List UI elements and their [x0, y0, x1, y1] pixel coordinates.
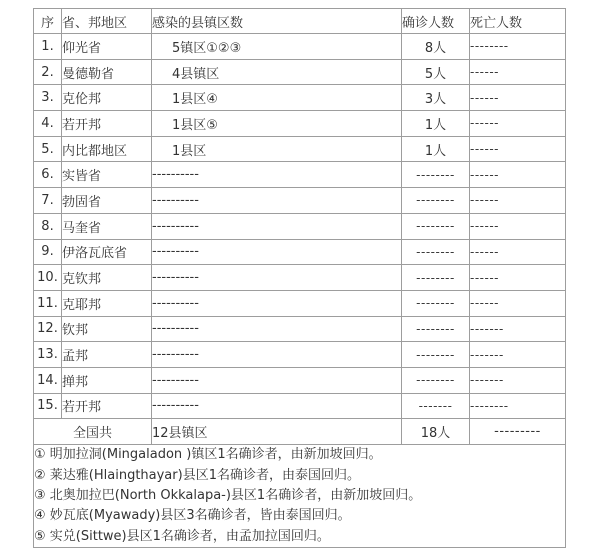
header-infected: 感染的县镇区数: [152, 9, 402, 34]
cell-serial: 5.: [34, 136, 62, 162]
cell-confirmed: --------: [402, 239, 470, 265]
header-deaths: 死亡人数: [470, 9, 566, 34]
cell-serial: 4.: [34, 111, 62, 137]
cell-confirmed: --------: [402, 342, 470, 368]
cell-infected: ----------: [152, 162, 402, 188]
cell-deaths: ------: [470, 239, 566, 265]
cell-infected: ----------: [152, 265, 402, 291]
cell-deaths: --------: [470, 34, 566, 60]
cell-region: 马奎省: [62, 213, 152, 239]
cell-confirmed: --------: [402, 290, 470, 316]
cell-serial: 3.: [34, 85, 62, 111]
cell-infected: 4县镇区: [152, 59, 402, 85]
cell-infected: ----------: [152, 342, 402, 368]
cell-infected: ----------: [152, 393, 402, 419]
cell-confirmed: --------: [402, 265, 470, 291]
table-row: 8. 马奎省 ---------- -------- ------: [34, 213, 566, 239]
cell-infected: ----------: [152, 290, 402, 316]
footnotes-row: ① 明加拉洞(Mingaladon )镇区1名确诊者，由新加坡回归。 ② 莱达雅…: [34, 445, 566, 548]
footnote-5: ⑤ 实兑(Sittwe)县区1名确诊者，由孟加拉国回归。: [34, 527, 565, 547]
cell-region: 掸邦: [62, 367, 152, 393]
cell-deaths: ------: [470, 111, 566, 137]
header-confirmed: 确诊人数: [402, 9, 470, 34]
cell-confirmed: --------: [402, 162, 470, 188]
cell-serial: 14.: [34, 367, 62, 393]
covid-region-table: 序 省、邦地区 感染的县镇区数 确诊人数 死亡人数 1. 仰光省 5镇区①②③ …: [33, 8, 566, 548]
cell-region: 勃固省: [62, 188, 152, 214]
table-row: 14. 掸邦 ---------- -------- -------: [34, 367, 566, 393]
table-row: 9. 伊洛瓦底省 ---------- -------- ------: [34, 239, 566, 265]
cell-confirmed: --------: [402, 316, 470, 342]
cell-region: 实皆省: [62, 162, 152, 188]
cell-serial: 2.: [34, 59, 62, 85]
cell-region: 克伦邦: [62, 85, 152, 111]
table-row: 3. 克伦邦 1县区④ 3人 ------: [34, 85, 566, 111]
cell-infected: 5镇区①②③: [152, 34, 402, 60]
cell-serial: 13.: [34, 342, 62, 368]
cell-infected: ----------: [152, 239, 402, 265]
cell-confirmed: --------: [402, 367, 470, 393]
cell-confirmed: -------: [402, 393, 470, 419]
footnote-4: ④ 妙瓦底(Myawady)县区3名确诊者，皆由泰国回归。: [34, 506, 565, 526]
cell-infected: ----------: [152, 188, 402, 214]
cell-region: 内比都地区: [62, 136, 152, 162]
table-row: 11. 克耶邦 ---------- -------- ------: [34, 290, 566, 316]
cell-confirmed: --------: [402, 213, 470, 239]
cell-deaths: ------: [470, 59, 566, 85]
header-region: 省、邦地区: [62, 9, 152, 34]
cell-serial: 11.: [34, 290, 62, 316]
footnote-1: ① 明加拉洞(Mingaladon )镇区1名确诊者，由新加坡回归。: [34, 445, 565, 465]
cell-infected: 1县区④: [152, 85, 402, 111]
cell-deaths: -------: [470, 342, 566, 368]
cell-region: 曼德勒省: [62, 59, 152, 85]
total-label: 全国共: [34, 419, 152, 445]
cell-deaths: --------: [470, 393, 566, 419]
table-row: 1. 仰光省 5镇区①②③ 8人 --------: [34, 34, 566, 60]
cell-deaths: ------: [470, 188, 566, 214]
table-row: 4. 若开邦 1县区⑤ 1人 ------: [34, 111, 566, 137]
cell-region: 若开邦: [62, 111, 152, 137]
table-row: 6. 实皆省 ---------- -------- ------: [34, 162, 566, 188]
cell-serial: 9.: [34, 239, 62, 265]
cell-serial: 8.: [34, 213, 62, 239]
cell-confirmed: 5人: [402, 59, 470, 85]
cell-region: 伊洛瓦底省: [62, 239, 152, 265]
cell-infected: 1县区⑤: [152, 111, 402, 137]
table-row: 12. 钦邦 ---------- -------- -------: [34, 316, 566, 342]
total-row: 全国共 12县镇区 18人 ---------: [34, 419, 566, 445]
footnote-2: ② 莱达雅(Hlaingthayar)县区1名确诊者，由泰国回归。: [34, 466, 565, 486]
cell-deaths: ------: [470, 213, 566, 239]
cell-serial: 10.: [34, 265, 62, 291]
cell-serial: 12.: [34, 316, 62, 342]
table-row: 7. 勃固省 ---------- -------- ------: [34, 188, 566, 214]
table-row: 2. 曼德勒省 4县镇区 5人 ------: [34, 59, 566, 85]
cell-infected: ----------: [152, 316, 402, 342]
cell-infected: ----------: [152, 367, 402, 393]
cell-infected: ----------: [152, 213, 402, 239]
cell-serial: 7.: [34, 188, 62, 214]
cell-confirmed: 3人: [402, 85, 470, 111]
cell-deaths: ------: [470, 290, 566, 316]
cell-deaths: ------: [470, 162, 566, 188]
cell-region: 若开邦: [62, 393, 152, 419]
cell-deaths: ------: [470, 136, 566, 162]
footnote-3: ③ 北奥加拉巴(North Okkalapa-)县区1名确诊者，由新加坡回归。: [34, 486, 565, 506]
cell-deaths: -------: [470, 367, 566, 393]
total-deaths: ---------: [470, 419, 566, 445]
report-page: 序 省、邦地区 感染的县镇区数 确诊人数 死亡人数 1. 仰光省 5镇区①②③ …: [0, 0, 600, 556]
cell-deaths: ------: [470, 85, 566, 111]
cell-region: 钦邦: [62, 316, 152, 342]
cell-confirmed: 8人: [402, 34, 470, 60]
cell-serial: 6.: [34, 162, 62, 188]
header-serial: 序: [34, 9, 62, 34]
cell-serial: 15.: [34, 393, 62, 419]
cell-region: 仰光省: [62, 34, 152, 60]
cell-confirmed: 1人: [402, 136, 470, 162]
table-row: 10. 克钦邦 ---------- -------- ------: [34, 265, 566, 291]
cell-region: 孟邦: [62, 342, 152, 368]
cell-deaths: ------: [470, 265, 566, 291]
cell-region: 克钦邦: [62, 265, 152, 291]
footnotes-cell: ① 明加拉洞(Mingaladon )镇区1名确诊者，由新加坡回归。 ② 莱达雅…: [34, 445, 566, 548]
cell-region: 克耶邦: [62, 290, 152, 316]
table-row: 15. 若开邦 ---------- ------- --------: [34, 393, 566, 419]
cell-infected: 1县区: [152, 136, 402, 162]
cell-confirmed: --------: [402, 188, 470, 214]
total-infected: 12县镇区: [152, 419, 402, 445]
table-row: 5. 内比都地区 1县区 1人 ------: [34, 136, 566, 162]
table-row: 13. 孟邦 ---------- -------- -------: [34, 342, 566, 368]
header-row: 序 省、邦地区 感染的县镇区数 确诊人数 死亡人数: [34, 9, 566, 34]
total-confirmed: 18人: [402, 419, 470, 445]
cell-serial: 1.: [34, 34, 62, 60]
cell-confirmed: 1人: [402, 111, 470, 137]
cell-deaths: -------: [470, 316, 566, 342]
